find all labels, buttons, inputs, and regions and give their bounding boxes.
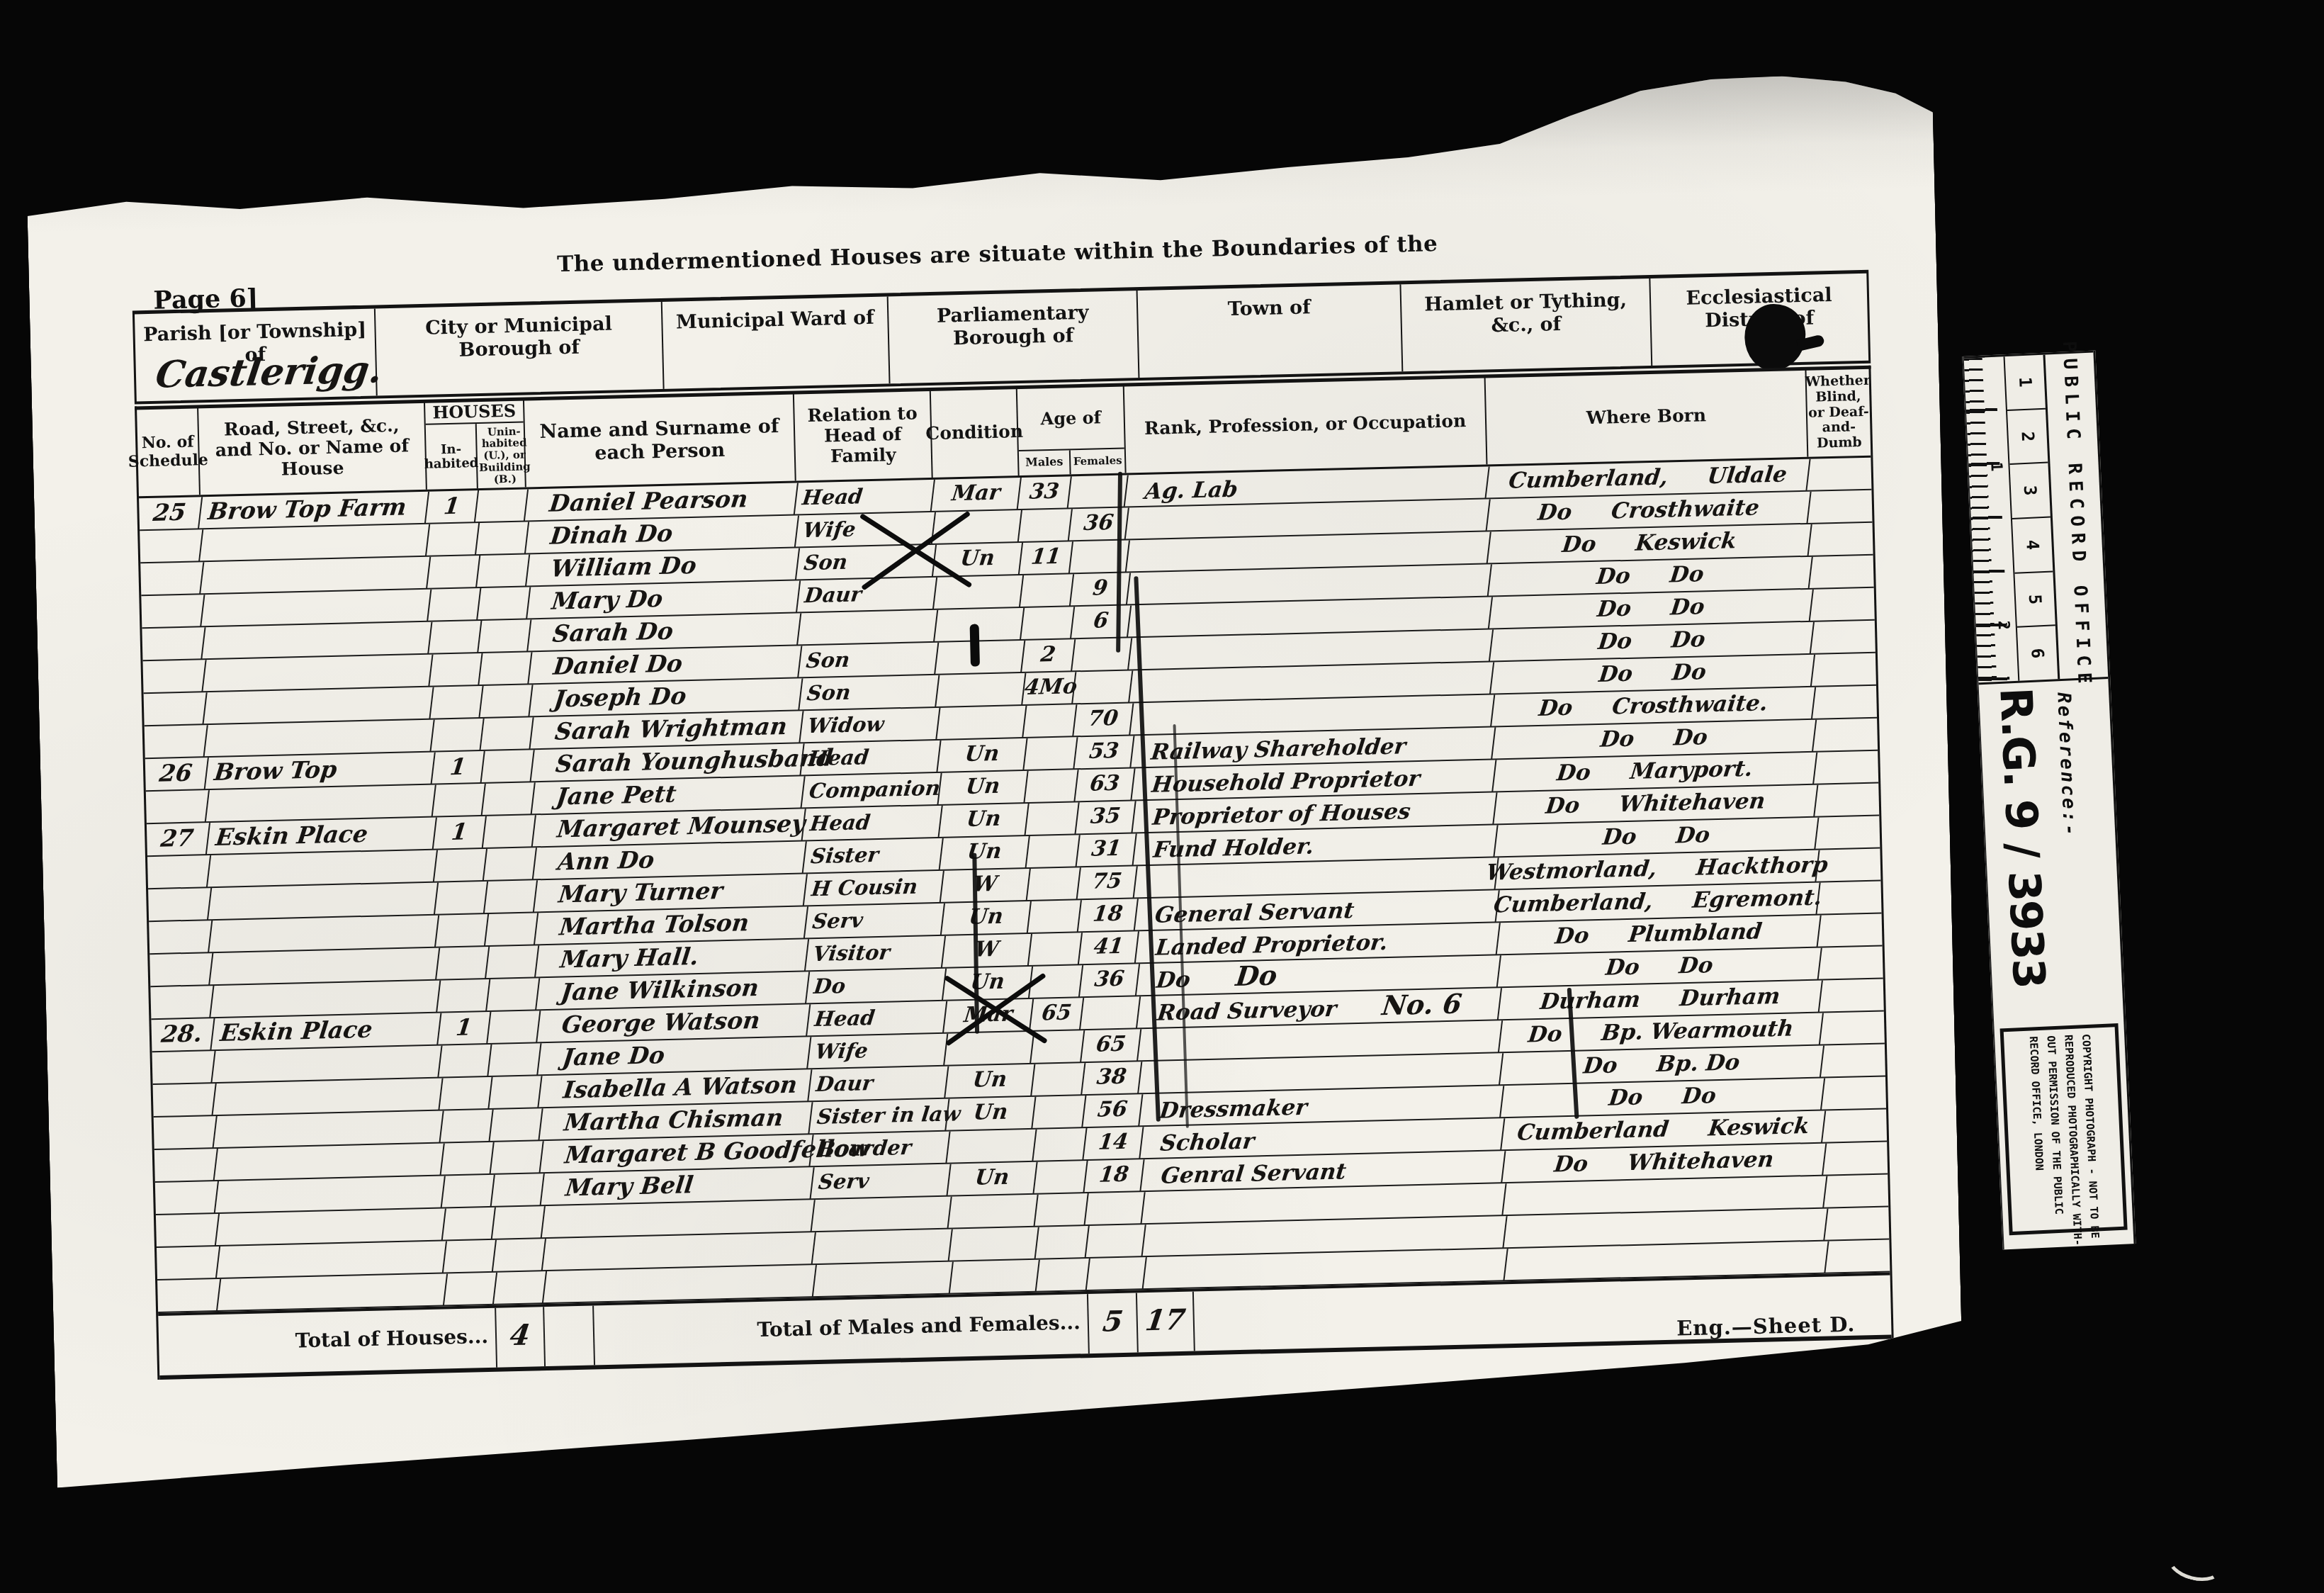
occupation-note — [1454, 792, 1457, 824]
schedule-number: 27 — [145, 823, 209, 856]
age-female — [1079, 996, 1139, 1030]
age-female — [1071, 670, 1132, 704]
relation: Head — [801, 806, 942, 841]
occupation-note — [1191, 570, 1195, 602]
relation: Serv — [809, 1164, 949, 1200]
blind-deaf-cell — [1807, 523, 1874, 556]
inhabited-mark: 1 — [436, 1012, 490, 1045]
uninhabited-mark — [492, 1271, 546, 1305]
person-name: Margaret Mounsey — [531, 809, 805, 847]
occupation-note — [1193, 668, 1197, 699]
age-male — [1020, 607, 1073, 640]
occupation-note — [1398, 891, 1401, 923]
occupation-note — [1202, 1059, 1206, 1091]
person-name: Mary Hall. — [534, 939, 808, 977]
relation — [811, 1197, 951, 1232]
blind-deaf-cell — [1824, 1239, 1891, 1273]
age-female — [1067, 475, 1127, 508]
ruler: 1 2 1 2 3 4 5 6 PUBLIC RECORD OFFICE — [1963, 351, 2108, 685]
col-header-born: Where Born — [1484, 370, 1807, 465]
occupation-note — [1450, 727, 1453, 759]
uninhabited-mark — [487, 1076, 541, 1109]
age-male: 11 — [1018, 541, 1072, 575]
condition: Un — [932, 543, 1022, 577]
age-male — [1019, 574, 1073, 607]
schedule-number — [139, 562, 203, 595]
occupation-note — [1390, 1152, 1394, 1184]
enumeration-table: No. of Schedule Road, Street, &c., and N… — [135, 366, 1894, 1380]
schedule-number — [145, 790, 208, 823]
person-name: Jane Pett — [531, 776, 804, 814]
relation: Daur — [807, 1066, 947, 1102]
house-name: Eskin Place — [205, 818, 436, 855]
house-name: Brow Top — [204, 753, 434, 790]
geo-column-town: Town of — [1136, 284, 1402, 378]
blind-deaf-cell — [1812, 751, 1880, 784]
house-name — [206, 850, 436, 888]
uninhabited-mark — [478, 652, 531, 685]
age-female — [1085, 1257, 1146, 1290]
schedule-number — [148, 953, 212, 986]
scan-background: { "page": { "title": "The undermentioned… — [0, 0, 2324, 1593]
age-male: 33 — [1017, 476, 1071, 510]
inhabited-mark — [427, 621, 480, 654]
inhabited-mark — [435, 947, 488, 980]
col-header-name: Name and Surname of each Person — [523, 394, 795, 488]
age-female: 53 — [1073, 736, 1133, 769]
house-name — [198, 524, 429, 562]
inhabited-mark — [434, 914, 487, 947]
occupation-note — [1202, 1026, 1205, 1058]
condition — [933, 608, 1023, 642]
where-born — [1503, 1241, 1827, 1280]
geo-column-parliamentary: Parliamentary Borough of — [887, 291, 1139, 383]
inhabited-mark — [441, 1175, 494, 1208]
inhabited-mark — [439, 1110, 492, 1143]
blind-deaf-cell — [1823, 1207, 1890, 1240]
uninhabited-mark — [486, 1011, 539, 1044]
uninhabited-mark — [492, 1239, 545, 1272]
age-male — [1030, 1063, 1084, 1096]
ruler-inch-number: 1 — [1987, 461, 2005, 471]
relation: Boarder — [808, 1132, 949, 1167]
uninhabited-mark — [484, 913, 537, 946]
age-female — [1071, 638, 1131, 671]
reference-strip: 1 2 1 2 3 4 5 6 PUBLIC RECORD OFFICE R.G… — [1962, 350, 2136, 1249]
uninhabited-mark — [487, 1043, 540, 1076]
age-male — [1022, 737, 1076, 770]
eng-sheet-label: Eng.—Sheet D. — [1676, 1312, 1856, 1341]
inhabited-mark — [434, 882, 487, 915]
col-header-houses-group: HOUSES In-habited Unin-habited (U.), or … — [424, 400, 525, 490]
uninhabited-mark — [481, 782, 534, 816]
schedule-number — [156, 1279, 220, 1312]
occupation-note — [1198, 863, 1202, 895]
col-header-road: Road, Street, &c., and No. or Name of Ho… — [197, 403, 426, 495]
age-male — [1030, 1030, 1083, 1064]
inhabited-mark — [428, 653, 481, 687]
relation: Wife — [794, 512, 935, 548]
age-male — [1022, 704, 1076, 738]
age-female: 35 — [1074, 801, 1134, 834]
house-name — [213, 1110, 443, 1148]
condition: Mar — [930, 478, 1020, 512]
schedule-number — [147, 921, 211, 954]
occupation-note — [1190, 505, 1193, 536]
ruler-number-cell: 6 — [2017, 626, 2058, 681]
occupation-note — [1190, 537, 1194, 569]
schedule-number — [146, 855, 210, 889]
col-header-houses: HOUSES — [425, 400, 524, 425]
relation: Serv — [803, 904, 944, 939]
inhabited-mark — [438, 1077, 491, 1110]
blind-deaf-cell — [1815, 882, 1883, 915]
person-name: Martha Chisman — [538, 1102, 811, 1140]
relation — [812, 1262, 952, 1298]
age-female: 56 — [1081, 1094, 1141, 1127]
col-header-blind: Whether Blind, or Deaf-and-Dumb — [1805, 368, 1871, 457]
uninhabited-mark — [480, 750, 534, 783]
house-name — [208, 948, 439, 986]
person-name: Sarah Do — [526, 613, 800, 651]
house-name — [202, 687, 432, 725]
relation: Do — [805, 969, 945, 1004]
person-name: Mary Turner — [533, 874, 806, 912]
uninhabited-mark — [477, 619, 530, 653]
occupation-note — [1464, 759, 1467, 791]
geo-label-town: Town of — [1220, 296, 1318, 321]
age-male — [1031, 1096, 1085, 1129]
condition — [945, 1130, 1035, 1164]
total-houses-label: Total of Houses... — [158, 1308, 496, 1375]
house-name — [209, 981, 439, 1018]
person-name: Sarah Wrightman — [529, 711, 802, 749]
age-female: 36 — [1068, 507, 1128, 541]
person-name: Jane Wilkinson — [535, 972, 808, 1010]
blind-deaf-cell — [1813, 784, 1880, 817]
person-name: Joseph Do — [528, 678, 801, 716]
blind-deaf-cell — [1812, 719, 1879, 752]
relation — [811, 1229, 952, 1265]
relation: Visitor — [804, 936, 944, 972]
condition: Un — [937, 771, 1027, 805]
relation: Head — [799, 741, 940, 776]
relation: Companion — [800, 773, 940, 809]
col-header-males: Males — [1019, 450, 1071, 475]
schedule-number — [149, 986, 213, 1019]
age-female: 38 — [1081, 1062, 1141, 1095]
relation: Wife — [806, 1034, 947, 1069]
inhabited-mark — [425, 523, 478, 556]
house-name — [214, 1176, 444, 1213]
uninhabited-mark — [479, 717, 532, 750]
inhabited-mark — [441, 1208, 495, 1241]
occupation-note — [1282, 470, 1285, 502]
blind-deaf-cell — [1815, 849, 1882, 882]
schedule-number — [152, 1116, 216, 1149]
age-female: 6 — [1070, 605, 1130, 638]
inhabited-mark — [440, 1142, 493, 1176]
house-name — [199, 557, 429, 595]
ruler-number-cell: 4 — [2012, 518, 2053, 574]
occupation-note: Do — [1234, 959, 1280, 993]
inhabited-mark — [427, 588, 480, 621]
age-female: 75 — [1076, 866, 1136, 899]
occupation-note — [1206, 1189, 1209, 1221]
age-male — [1026, 867, 1080, 901]
house-name: Brow Top Farm — [198, 492, 428, 529]
blind-deaf-cell — [1806, 490, 1873, 524]
person-name: Sarah Younghusband — [529, 743, 803, 782]
condition — [943, 1032, 1033, 1066]
condition: Un — [940, 901, 1030, 935]
age-female: 18 — [1083, 1159, 1143, 1193]
age-female: 63 — [1073, 768, 1134, 801]
age-male: 2 — [1020, 639, 1074, 672]
age-female — [1085, 1225, 1145, 1258]
age-female — [1083, 1192, 1144, 1225]
ruler-number-cell: 2 — [2007, 409, 2048, 465]
totals-uninhabited-cell — [544, 1306, 595, 1367]
col-header-condition: Condition — [930, 388, 1018, 478]
age-male — [1017, 509, 1071, 542]
condition: Un — [936, 738, 1026, 772]
uninhabited-mark — [490, 1173, 543, 1207]
col-header-inhabited: In-habited — [426, 424, 478, 490]
age-female: 14 — [1082, 1127, 1142, 1160]
age-female: 70 — [1072, 703, 1132, 736]
person-name: Isabella A Watson — [537, 1069, 811, 1108]
house-name — [211, 1078, 441, 1115]
condition: Un — [939, 836, 1029, 870]
occupation-note — [1192, 602, 1195, 634]
uninhabited-mark — [483, 880, 536, 913]
house-name — [215, 1208, 445, 1246]
handwritten-parish: Castlerigg. — [153, 348, 385, 397]
condition — [949, 1260, 1039, 1294]
inhabited-mark — [443, 1273, 496, 1306]
total-males-value: 5 — [1087, 1293, 1139, 1353]
schedule-number — [138, 529, 202, 563]
schedule-number: 28. — [150, 1018, 213, 1052]
blind-deaf-cell — [1816, 913, 1883, 947]
copyright-notice: COPYRIGHT PHOTOGRAPH - NOT TO BE REPRODU… — [2000, 1023, 2128, 1235]
condition — [934, 641, 1024, 675]
house-name — [208, 916, 438, 953]
geo-label-parliamentary: Parliamentary Borough of — [889, 300, 1137, 351]
geo-column-city: City or Municipal Borough of — [374, 302, 663, 396]
house-name — [201, 622, 431, 660]
age-male — [1035, 1259, 1089, 1292]
house-name — [205, 785, 435, 823]
schedule-number: 25 — [137, 497, 201, 530]
occupation-note — [1358, 827, 1361, 859]
age-male — [1023, 770, 1077, 803]
person-name — [541, 1232, 815, 1271]
house-name — [215, 1241, 446, 1278]
age-female: 65 — [1080, 1029, 1140, 1062]
occupation-note — [1207, 1222, 1210, 1254]
condition — [948, 1227, 1038, 1261]
age-female: 9 — [1069, 573, 1129, 606]
schedule-number — [142, 692, 205, 726]
col-header-age: Age of — [1017, 386, 1124, 450]
uninhabited-mark — [491, 1206, 544, 1239]
geo-column-ward: Municipal Ward of — [661, 296, 889, 388]
blind-deaf-cell — [1821, 1109, 1888, 1142]
condition: Un — [944, 1097, 1034, 1131]
person-name: Daniel Pearson — [524, 483, 797, 521]
schedule-number — [140, 627, 204, 660]
inhabited-mark — [431, 784, 485, 817]
blind-deaf-cell — [1817, 946, 1885, 979]
uninhabited-mark — [478, 685, 531, 718]
condition: Mar — [942, 999, 1032, 1033]
geo-label-ward: Municipal Ward of — [669, 307, 881, 334]
age-female: 36 — [1078, 964, 1139, 997]
schedule-number — [154, 1214, 218, 1247]
geo-column-parish: Parish [or Township] of Castlerigg. — [135, 308, 376, 401]
inhabited-mark: 1 — [431, 751, 484, 784]
col-header-females: Females — [1071, 449, 1125, 475]
uninhabited-mark — [483, 848, 536, 881]
blind-deaf-cell — [1820, 1044, 1887, 1077]
age-female: 31 — [1076, 833, 1136, 867]
occupation-note — [1431, 923, 1435, 955]
blind-deaf-cell — [1808, 556, 1875, 589]
uninhabited-mark — [485, 978, 538, 1011]
inhabited-mark — [442, 1240, 495, 1273]
relation: Daur — [796, 578, 936, 613]
schedule-number — [153, 1149, 217, 1182]
ruler-number-cell: 5 — [2014, 572, 2055, 628]
age-male — [1032, 1128, 1085, 1161]
reference-section: R.G. 9 / 3933 Reference:- — [1979, 679, 2123, 1023]
occupation-note — [1207, 1254, 1211, 1286]
condition: Un — [942, 967, 1032, 1001]
person-name — [542, 1265, 816, 1303]
col-header-relation: Relation to Head of Family — [793, 390, 932, 481]
inhabited-mark — [426, 556, 479, 589]
age-male — [1033, 1193, 1087, 1227]
blind-deaf-cell — [1822, 1174, 1890, 1208]
age-male — [1032, 1161, 1086, 1194]
age-male — [1028, 965, 1082, 998]
occupation-note — [1194, 700, 1197, 732]
blind-deaf-cell — [1819, 1011, 1886, 1045]
occupation-note — [1351, 1088, 1355, 1120]
age-male — [1025, 835, 1079, 868]
inhabited-mark — [429, 719, 483, 752]
age-male — [1034, 1226, 1088, 1259]
person-name: Margaret B Goodfellow — [538, 1135, 812, 1173]
relation: Sister — [802, 838, 942, 874]
schedule-number — [155, 1246, 219, 1280]
census-rows: 25 Brow Top Farm 1 Daniel Pearson Head M… — [139, 458, 1890, 1313]
relation: Head — [806, 1001, 946, 1037]
uninhabited-mark — [490, 1141, 543, 1174]
age-male — [1027, 900, 1081, 933]
relation: Head — [794, 480, 934, 515]
house-name — [200, 590, 430, 627]
schedule-number — [143, 725, 207, 758]
geo-label-hamlet: Hamlet or Tything, &c., of — [1401, 288, 1650, 339]
person-name: Jane Do — [536, 1037, 810, 1075]
person-name: Dinah Do — [524, 515, 798, 553]
age-female: 41 — [1078, 931, 1138, 964]
geo-label-city: City or Municipal Borough of — [376, 312, 662, 364]
house-name — [201, 655, 431, 692]
inhabited-mark: 1 — [432, 816, 485, 850]
geo-column-ecclesiastical: Ecclesiastical District of — [1649, 274, 1868, 366]
condition: Un — [944, 1064, 1034, 1098]
schedule-number — [154, 1181, 218, 1215]
schedule-number — [140, 595, 203, 628]
house-name — [216, 1273, 446, 1311]
house-name — [210, 1046, 441, 1083]
col-header-schedule: No. of Schedule — [137, 407, 199, 496]
inhabited-mark — [433, 849, 486, 882]
house-name — [203, 720, 434, 758]
condition: Un — [937, 804, 1027, 838]
occupation-note: No. 6 — [1380, 987, 1464, 1021]
relation: Sister in law — [808, 1099, 948, 1135]
census-sheet: The undermentioned Houses are situate wi… — [25, 69, 1965, 1506]
total-females-value: 17 — [1137, 1292, 1195, 1353]
relation: Widow — [799, 708, 939, 743]
uninhabited-mark — [475, 522, 528, 555]
condition — [932, 575, 1022, 609]
relation: Son — [797, 643, 937, 678]
total-mf-label: Total of Males and Females... — [594, 1294, 1088, 1365]
ruler-number-cell: 3 — [2010, 463, 2051, 519]
person-name: Mary Bell — [540, 1167, 813, 1205]
inhabited-mark — [437, 1045, 490, 1078]
ruler-inch-number: 2 — [1994, 620, 2012, 630]
house-name: Eskin Place — [210, 1013, 440, 1051]
col-header-occupation: Rank, Profession, or Occupation — [1123, 378, 1487, 473]
inhabited-mark — [429, 686, 482, 719]
schedule-number — [150, 1051, 214, 1084]
blind-deaf-cell — [1805, 458, 1873, 491]
geo-column-hamlet: Hamlet or Tything, &c., of — [1399, 278, 1651, 371]
condition: W — [941, 934, 1031, 968]
person-name: William Do — [525, 548, 799, 586]
inhabited-mark: 1 — [424, 490, 478, 524]
person-name: Daniel Do — [527, 646, 801, 684]
age-male — [1027, 933, 1081, 966]
schedule-number — [151, 1083, 215, 1117]
age-male: 4Mo — [1021, 672, 1075, 705]
relation — [796, 610, 937, 646]
blind-deaf-cell — [1811, 686, 1878, 719]
inhabited-mark — [436, 979, 489, 1013]
person-name: Ann Do — [532, 841, 806, 879]
occupation-note — [1192, 635, 1196, 667]
schedule-number — [141, 660, 205, 693]
condition: W — [940, 869, 1030, 903]
blind-deaf-cell — [1810, 621, 1877, 654]
blind-deaf-cell — [1814, 816, 1881, 850]
col-header-age-group: Age of Males Females — [1016, 386, 1125, 476]
relation: Son — [798, 675, 938, 711]
condition — [931, 510, 1021, 544]
age-female — [1068, 540, 1129, 573]
blind-deaf-cell — [1822, 1142, 1889, 1175]
uninhabited-mark — [482, 815, 535, 848]
age-male — [1024, 802, 1078, 835]
schedule-number — [147, 888, 210, 921]
